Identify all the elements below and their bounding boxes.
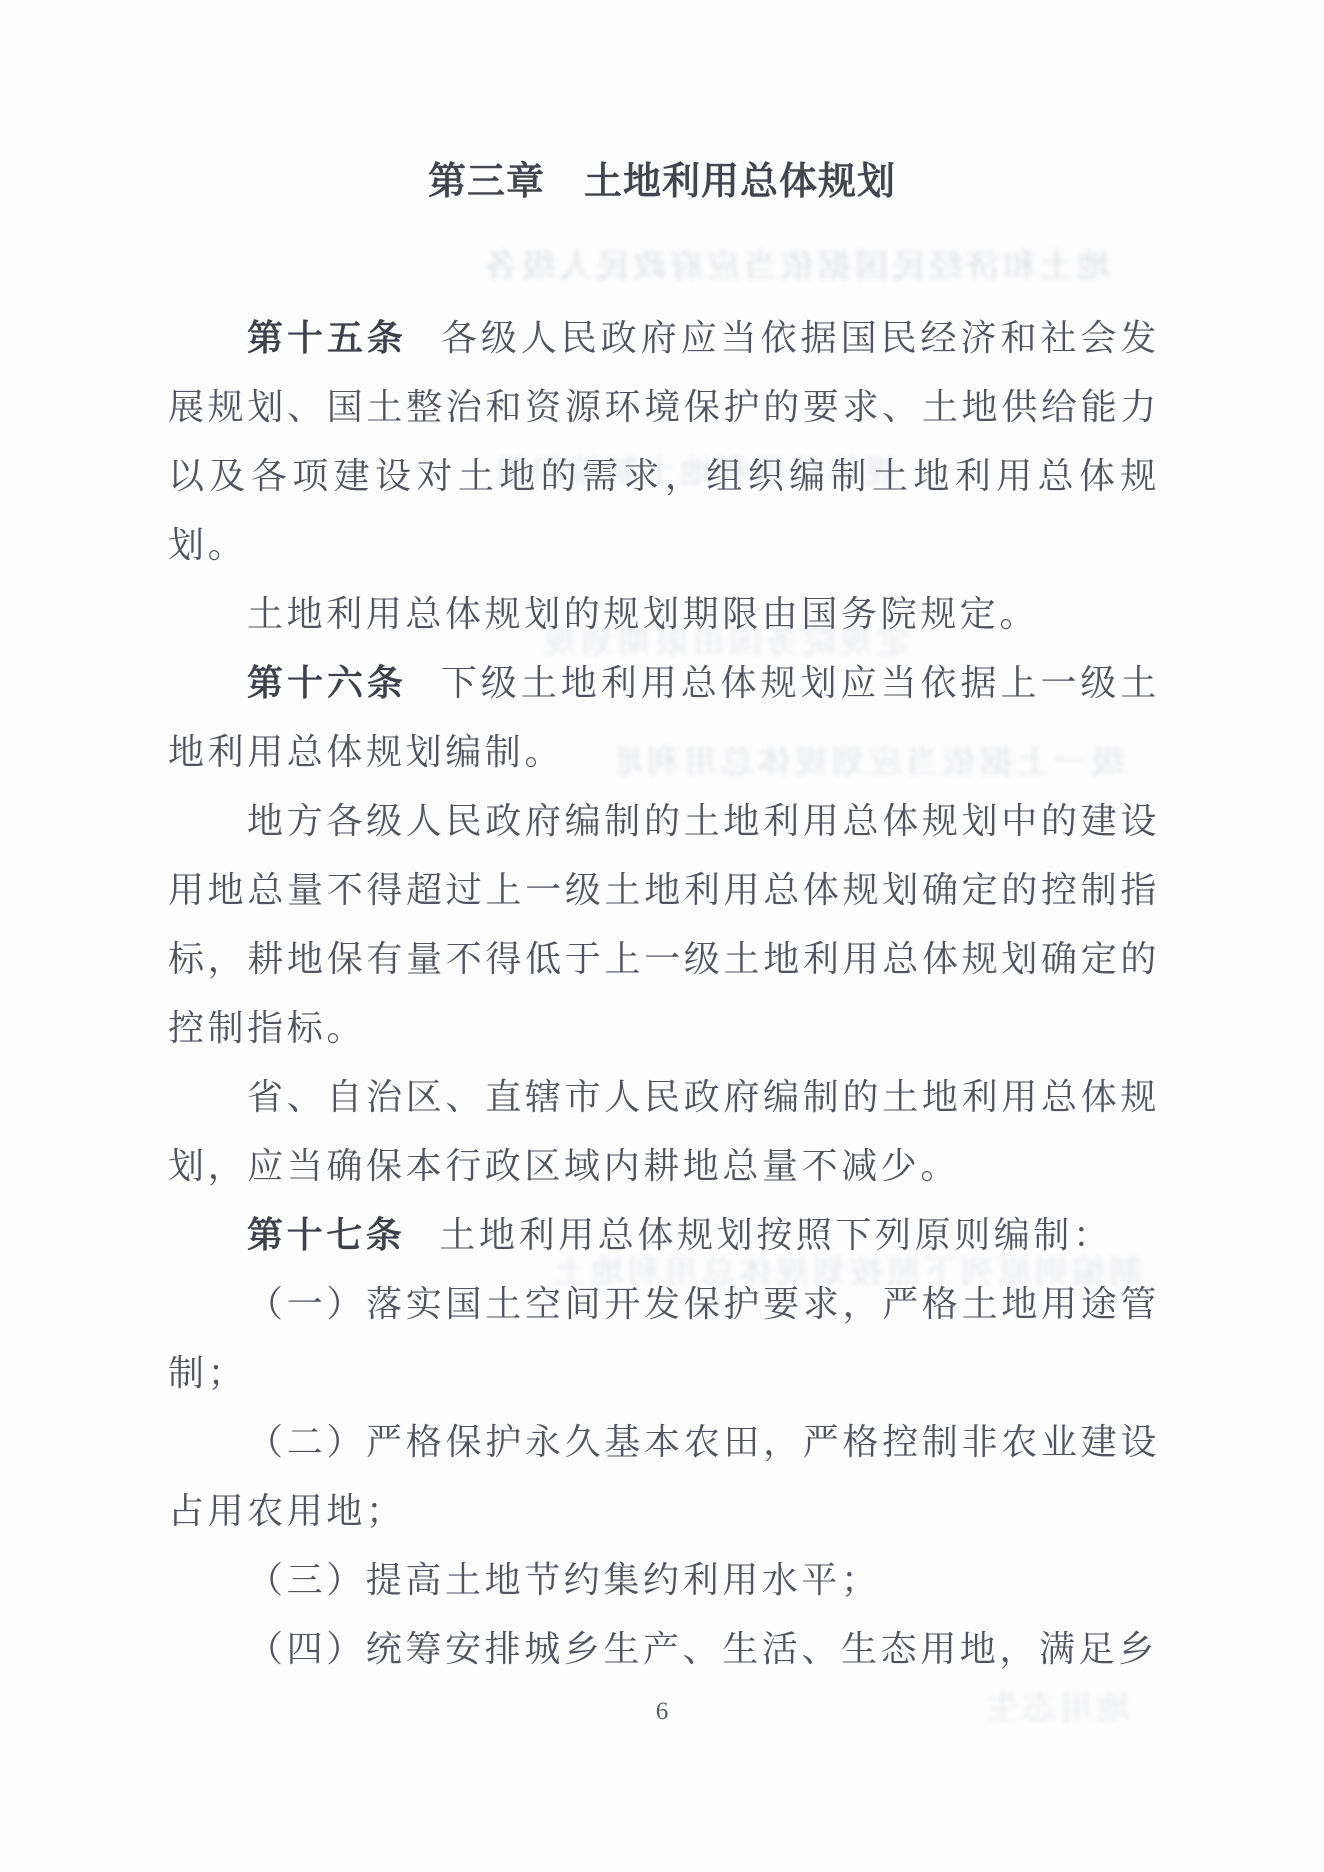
paragraph-text: 土地利用总体规划按照下列原则编制： [439, 1215, 1112, 1255]
document-body: 第十五条各级人民政府应当依据国民经济和社会发展规划、国土整治和资源环境保护的要求… [168, 304, 1160, 1684]
paragraph-local-quota: 地方各级人民政府编制的土地利用总体规划中的建设用地总量不得超过上一级土地利用总体… [168, 787, 1160, 1063]
article-number-15: 第十五条 [247, 318, 407, 358]
paragraph-text: （二）严格保护永久基本农田，严格控制非农业建设占用农用地； [168, 1422, 1160, 1531]
chapter-title: 第三章 土地利用总体规划 [0, 160, 1324, 206]
article-number-16: 第十六条 [247, 663, 407, 703]
article-number-17: 第十七条 [247, 1215, 405, 1255]
paragraph-text: 土地利用总体规划的规划期限由国务院规定。 [247, 594, 1039, 634]
paragraph-planning-period: 土地利用总体规划的规划期限由国务院规定。 [168, 580, 1160, 649]
paragraph-province-quota: 省、自治区、直辖市人民政府编制的土地利用总体规划，应当确保本行政区域内耕地总量不… [168, 1063, 1160, 1201]
paragraph-text: 地方各级人民政府编制的土地利用总体规划中的建设用地总量不得超过上一级土地利用总体… [168, 801, 1160, 1048]
principle-item-1: （一）落实国土空间开发保护要求，严格土地用途管制； [168, 1270, 1160, 1408]
paragraph-text: 省、自治区、直辖市人民政府编制的土地利用总体规划，应当确保本行政区域内耕地总量不… [168, 1077, 1160, 1186]
document-page: 第三章 土地利用总体规划 地土和济经民国据依当应府政民人级各 规体总用利地土制编… [0, 0, 1324, 1872]
page-number: 6 [0, 1698, 1324, 1726]
paragraph-article-16: 第十六条下级土地利用总体规划应当依据上一级土地利用总体规划编制。 [168, 649, 1160, 787]
bleed-through-mark: 地土和济经民国据依当应府政民人级各 [272, 240, 1110, 284]
paragraph-text: （四）统筹安排城乡生产、生活、生态用地，满足乡 [247, 1629, 1158, 1669]
paragraph-text: （一）落实国土空间开发保护要求，严格土地用途管制； [168, 1284, 1160, 1393]
principle-item-4: （四）统筹安排城乡生产、生活、生态用地，满足乡 [168, 1615, 1160, 1684]
paragraph-text: （三）提高土地节约集约利用水平； [247, 1560, 881, 1600]
paragraph-article-15: 第十五条各级人民政府应当依据国民经济和社会发展规划、国土整治和资源环境保护的要求… [168, 304, 1160, 580]
paragraph-article-17: 第十七条土地利用总体规划按照下列原则编制： [168, 1201, 1160, 1270]
principle-item-2: （二）严格保护永久基本农田，严格控制非农业建设占用农用地； [168, 1408, 1160, 1546]
principle-item-3: （三）提高土地节约集约利用水平； [168, 1546, 1160, 1615]
